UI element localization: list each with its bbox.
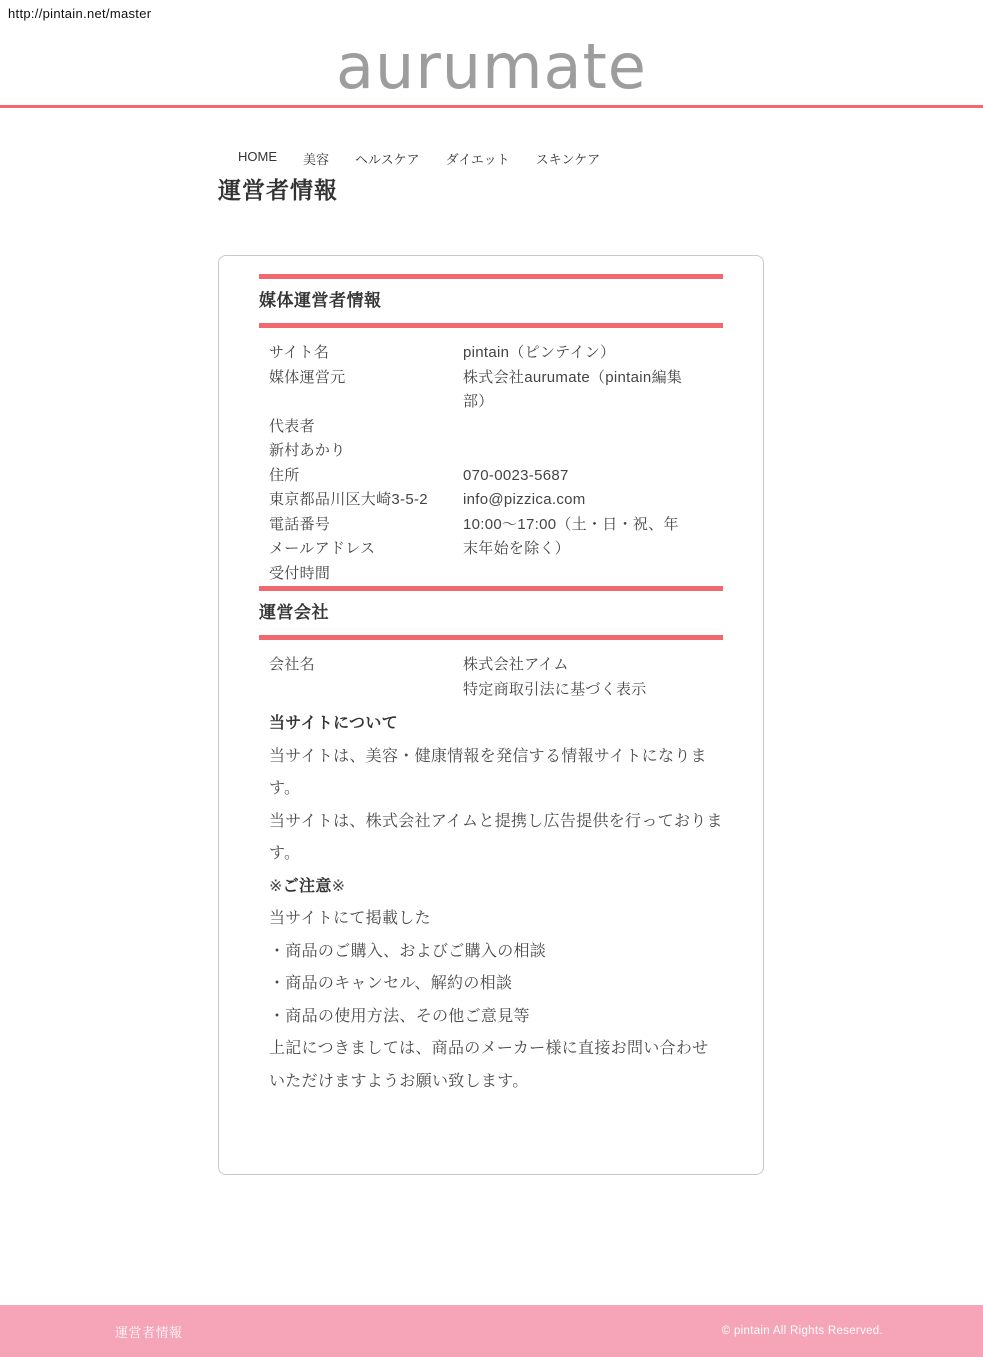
notice-item: ・商品の使用方法、その他ご意見等	[269, 1001, 723, 1034]
accent-bar	[259, 323, 723, 328]
notice-item: ・商品のご購入、およびご購入の相談	[269, 936, 723, 969]
header-divider	[0, 105, 983, 108]
media-info-labels: サイト名 媒体運営元 代表者 新村あかり 住所 東京都品川区大崎3-5-2 電話…	[269, 341, 463, 586]
tokushoho-link[interactable]: 特定商取引法に基づく表示	[463, 678, 723, 703]
table-text-line	[269, 390, 463, 415]
page-title: 運営者情報	[218, 172, 338, 205]
about-paragraph: 当サイトは、株式会社アイムと提携し広告提供を行っております。	[269, 806, 723, 871]
company-name: 株式会社アイム	[463, 653, 723, 678]
table-text-line: 住所	[269, 464, 463, 489]
table-text-line: 電話番号	[269, 513, 463, 538]
table-text-line: 代表者	[269, 415, 463, 440]
table-text-line: 東京都品川区大崎3-5-2	[269, 488, 463, 513]
accent-bar	[259, 586, 723, 591]
media-info-table: サイト名 媒体運営元 代表者 新村あかり 住所 東京都品川区大崎3-5-2 電話…	[259, 341, 723, 586]
table-text-line: 10:00～17:00（土・日・祝、年	[463, 513, 723, 538]
page: { "browser": { "url_text": "http://pinta…	[0, 0, 983, 1357]
table-text-line	[463, 439, 723, 464]
table-text-line: 媒体運営元	[269, 366, 463, 391]
notice-heading: ※ご注意※	[269, 871, 723, 904]
table-text-line: 株式会社aurumate（pintain編集	[463, 366, 723, 391]
main-nav: HOME 美容 ヘルスケア ダイエット スキンケア	[238, 149, 600, 168]
browser-url-text: http://pintain.net/master	[8, 6, 151, 21]
footer: 運営者情報 © pintain All Rights Reserved.	[0, 1305, 983, 1357]
table-text-line: 070-0023-5687	[463, 464, 723, 489]
nav-item-diet[interactable]: ダイエット	[446, 149, 510, 168]
table-text-line: pintain（ピンテイン）	[463, 341, 723, 366]
notice-item: ・商品のキャンセル、解約の相談	[269, 968, 723, 1001]
table-text-line: 新村あかり	[269, 439, 463, 464]
accent-bar	[259, 635, 723, 640]
table-text-line: 末年始を除く）	[463, 537, 723, 562]
table-text-line: 受付時間	[269, 562, 463, 587]
table-text-line: メールアドレス	[269, 537, 463, 562]
company-labels: 会社名	[269, 653, 463, 702]
section-heading-company: 運営会社	[259, 603, 723, 623]
nav-item-skincare[interactable]: スキンケア	[536, 149, 601, 168]
accent-bar	[259, 274, 723, 279]
info-card: 媒体運営者情報 サイト名 媒体運営元 代表者 新村あかり 住所 東京都品川区大崎…	[218, 255, 764, 1175]
media-info-values: pintain（ピンテイン） 株式会社aurumate（pintain編集 部）…	[463, 341, 723, 586]
about-section: 当サイトについて 当サイトは、美容・健康情報を発信する情報サイトになります。 当…	[259, 708, 723, 1098]
table-text-line: 会社名	[269, 653, 463, 678]
nav-item-beauty[interactable]: 美容	[303, 149, 329, 168]
table-text-line: info@pizzica.com	[463, 488, 723, 513]
about-heading: 当サイトについて	[269, 708, 723, 741]
about-paragraph: 当サイトは、美容・健康情報を発信する情報サイトになります。	[269, 741, 723, 806]
table-text-line: サイト名	[269, 341, 463, 366]
footer-menu-link[interactable]: 運営者情報	[115, 1322, 183, 1341]
notice-intro: 当サイトにて掲載した	[269, 903, 723, 936]
company-table: 会社名 株式会社アイム 特定商取引法に基づく表示	[259, 653, 723, 702]
company-values: 株式会社アイム 特定商取引法に基づく表示	[463, 653, 723, 702]
footer-copyright: © pintain All Rights Reserved.	[722, 1325, 883, 1337]
table-text-line: 部）	[463, 390, 723, 415]
site-logo[interactable]: aurumate	[0, 36, 983, 98]
about-closing: 上記につきましては、商品のメーカー様に直接お問い合わせいただけますようお願い致し…	[269, 1033, 723, 1098]
section-heading-media-info: 媒体運営者情報	[259, 291, 723, 311]
nav-item-home[interactable]: HOME	[238, 149, 277, 168]
table-text-line	[463, 415, 723, 440]
nav-item-healthcare[interactable]: ヘルスケア	[355, 149, 420, 168]
